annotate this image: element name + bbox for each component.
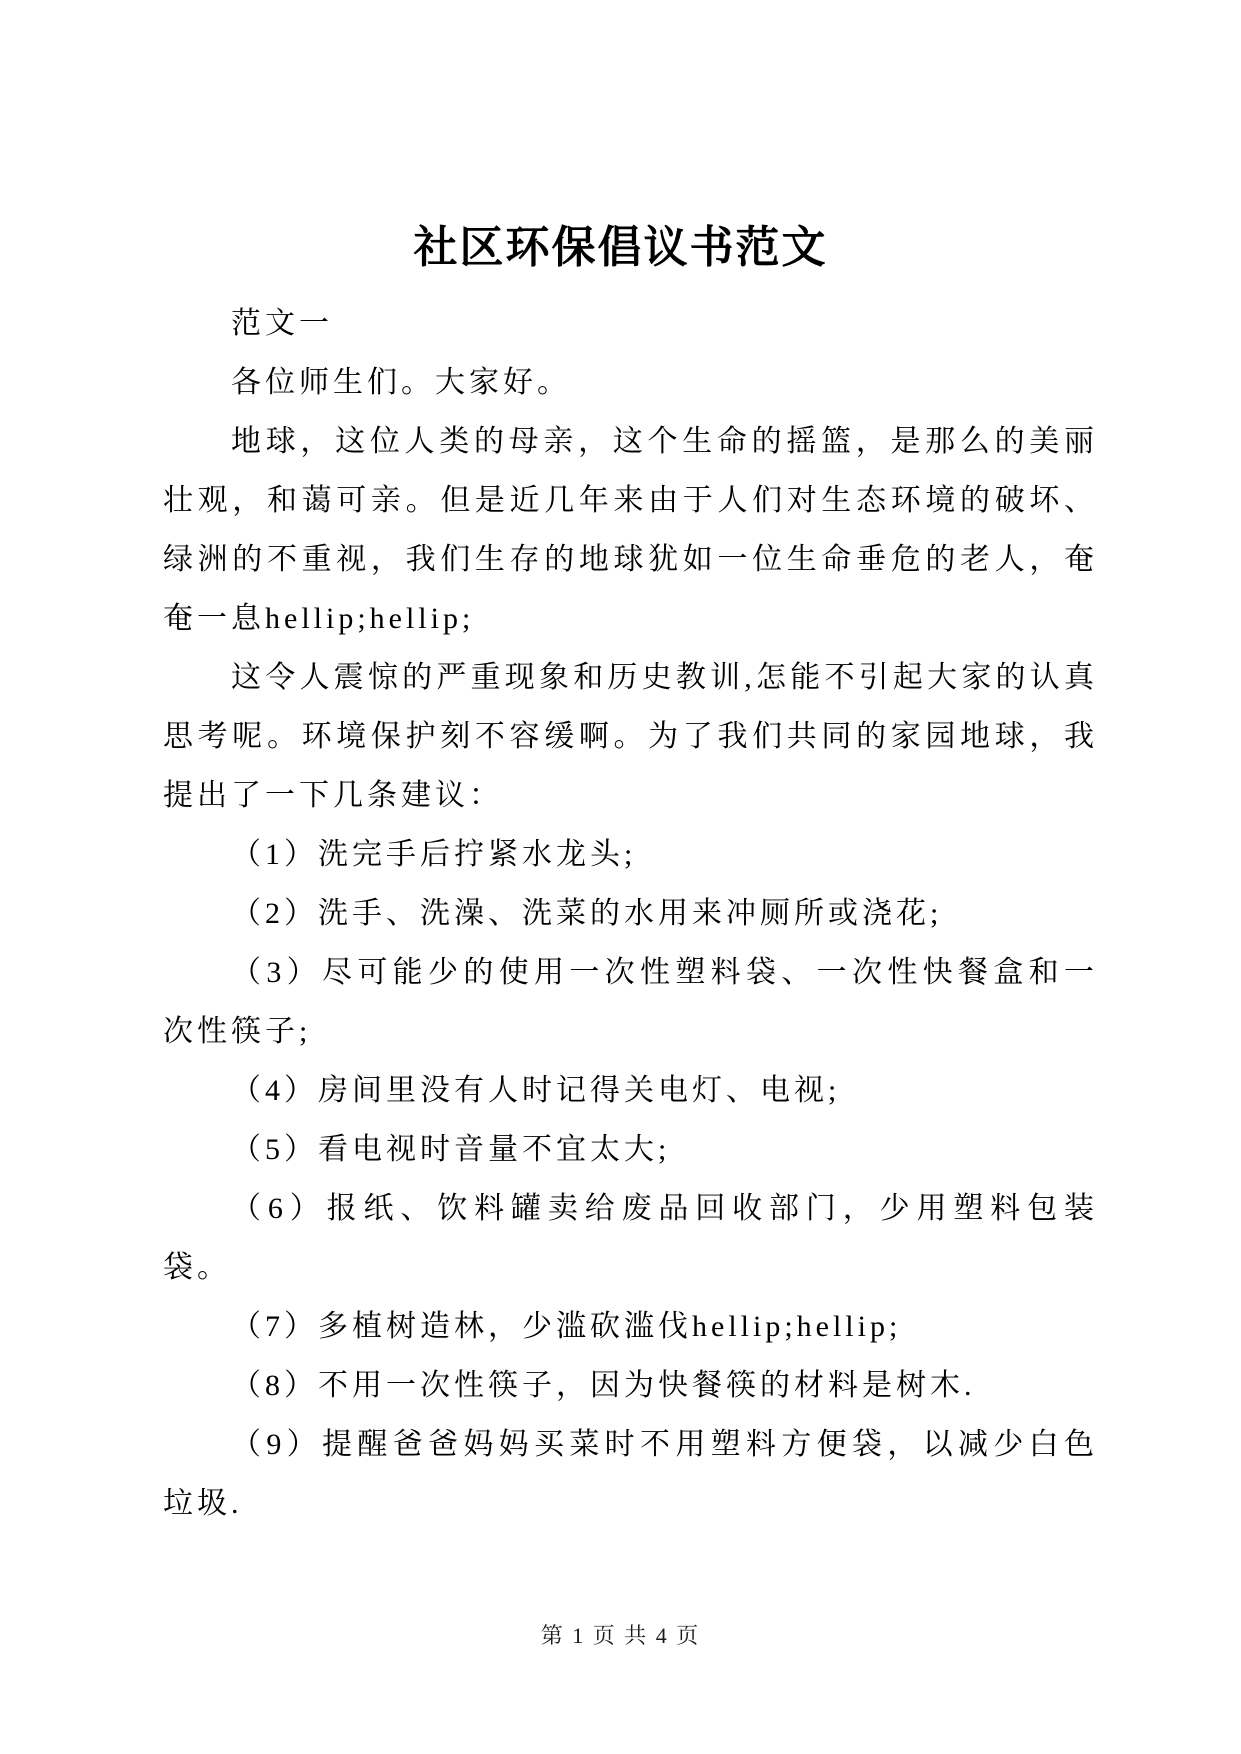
paragraph: （4）房间里没有人时记得关电灯、电视; <box>163 1061 1098 1120</box>
page-footer: 第 1 页 共 4 页 <box>0 1622 1241 1650</box>
paragraph: （7）多植树造林，少滥砍滥伐hellip;hellip; <box>163 1297 1098 1356</box>
paragraph: 各位师生们。大家好。 <box>163 353 1098 412</box>
paragraph: （5）看电视时音量不宜太大; <box>163 1120 1098 1179</box>
document-page: 社区环保倡议书范文 范文一各位师生们。大家好。地球，这位人类的母亲，这个生命的摇… <box>0 0 1241 1754</box>
paragraph: （8）不用一次性筷子，因为快餐筷的材料是树木. <box>163 1356 1098 1415</box>
paragraph: （2）洗手、洗澡、洗菜的水用来冲厕所或浇花; <box>163 884 1098 943</box>
page-number-text: 第 1 页 共 4 页 <box>541 1623 701 1648</box>
paragraph: （1）洗完手后拧紧水龙头; <box>163 825 1098 884</box>
paragraph: （6）报纸、饮料罐卖给废品回收部门，少用塑料包装袋。 <box>163 1179 1098 1297</box>
paragraph: （3）尽可能少的使用一次性塑料袋、一次性快餐盒和一次性筷子; <box>163 943 1098 1061</box>
paragraph: 这令人震惊的严重现象和历史教训,怎能不引起大家的认真思考呢。环境保护刻不容缓啊。… <box>163 648 1098 825</box>
paragraph: 范文一 <box>163 294 1098 353</box>
page-title: 社区环保倡议书范文 <box>0 0 1241 274</box>
document-body: 范文一各位师生们。大家好。地球，这位人类的母亲，这个生命的摇篮，是那么的美丽壮观… <box>0 294 1098 1533</box>
paragraph: （9）提醒爸爸妈妈买菜时不用塑料方便袋，以减少白色垃圾. <box>163 1415 1098 1533</box>
paragraph: 地球，这位人类的母亲，这个生命的摇篮，是那么的美丽壮观，和蔼可亲。但是近几年来由… <box>163 412 1098 648</box>
